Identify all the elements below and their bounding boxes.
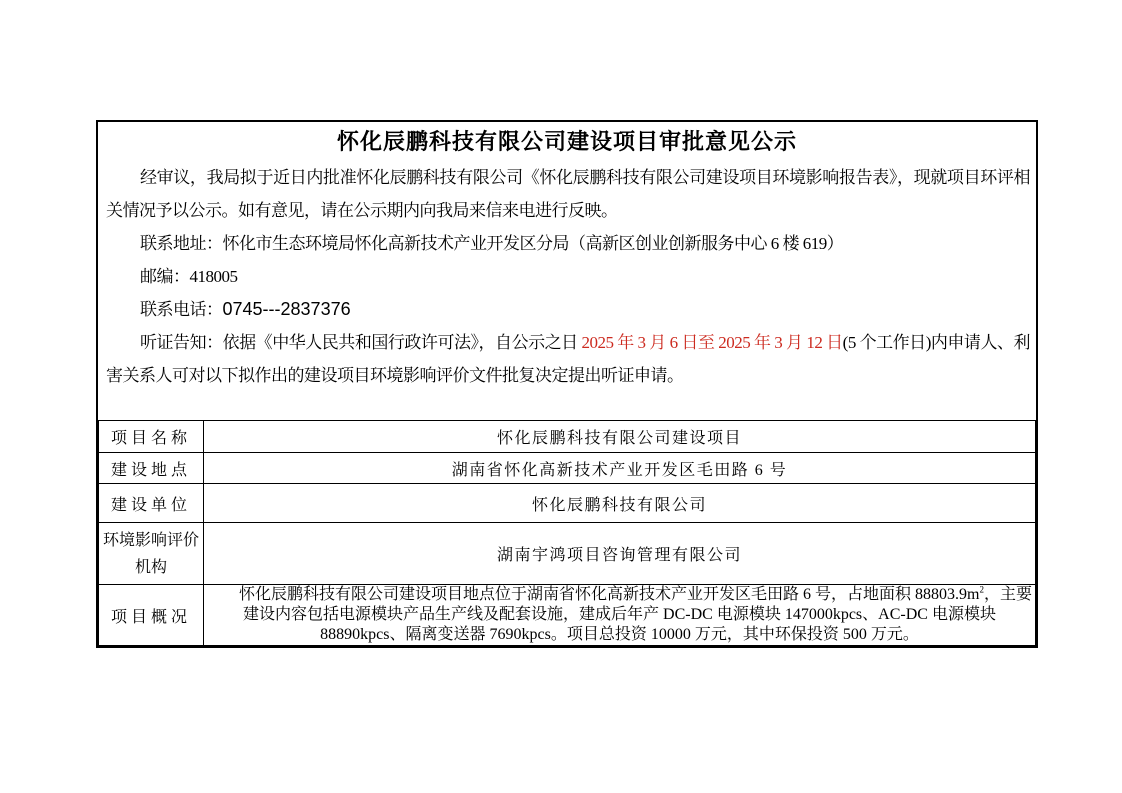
table-row-builder: 建设单位 怀化辰鹏科技有限公司 — [99, 484, 1036, 523]
phone-label: 联系电话： — [140, 300, 223, 319]
overview-text-before-sup: 怀化辰鹏科技有限公司建设项目地点位于湖南省怀化高新技术产业开发区毛田路 6 号，… — [239, 586, 979, 603]
postal-code-label: 邮编： — [140, 267, 190, 286]
hearing-notice-paragraph: 听证告知：依据《中华人民共和国行政许可法》，自公示之日 2025 年 3 月 6… — [106, 326, 1030, 392]
table-row-location: 建设地点 湖南省怀化高新技术产业开发区毛田路 6 号 — [99, 453, 1036, 484]
notice-body: 经审议，我局拟于近日内批准怀化辰鹏科技有限公司《怀化辰鹏科技有限公司建设项目环境… — [98, 161, 1036, 392]
postal-code-line: 邮编：418005 — [106, 260, 1030, 293]
row-value-project-name: 怀化辰鹏科技有限公司建设项目 — [204, 421, 1036, 453]
phone-number: 0745---2837376 — [223, 299, 351, 319]
page-title: 怀化辰鹏科技有限公司建设项目审批意见公示 — [98, 127, 1036, 157]
contact-address-line: 联系地址：怀化市生态环境局怀化高新技术产业开发区分局（高新区创业创新服务中心 6… — [106, 227, 1030, 260]
row-label-location: 建设地点 — [99, 453, 204, 484]
project-info-table: 项目名称 怀化辰鹏科技有限公司建设项目 建设地点 湖南省怀化高新技术产业开发区毛… — [98, 420, 1036, 646]
row-label-eia-agency: 环境影响评价机构 — [99, 523, 204, 585]
phone-line: 联系电话：0745---2837376 — [106, 293, 1030, 326]
row-label-project-name: 项目名称 — [99, 421, 204, 453]
row-label-builder: 建设单位 — [99, 484, 204, 523]
hearing-date-range: 2025 年 3 月 6 日至 2025 年 3 月 12 日 — [581, 333, 842, 352]
table-row-overview: 项目概况 怀化辰鹏科技有限公司建设项目地点位于湖南省怀化高新技术产业开发区毛田路… — [99, 585, 1036, 646]
row-value-eia-agency: 湖南宇鸿项目咨询管理有限公司 — [204, 523, 1036, 585]
postal-code-value: 418005 — [190, 267, 238, 286]
table-row-project-name: 项目名称 怀化辰鹏科技有限公司建设项目 — [99, 421, 1036, 453]
row-value-location: 湖南省怀化高新技术产业开发区毛田路 6 号 — [204, 453, 1036, 484]
intro-paragraph: 经审议，我局拟于近日内批准怀化辰鹏科技有限公司《怀化辰鹏科技有限公司建设项目环境… — [106, 161, 1030, 227]
table-row-eia-agency: 环境影响评价机构 湖南宇鸿项目咨询管理有限公司 — [99, 523, 1036, 585]
row-value-builder: 怀化辰鹏科技有限公司 — [204, 484, 1036, 523]
row-label-overview: 项目概况 — [99, 585, 204, 646]
notice-document: 怀化辰鹏科技有限公司建设项目审批意见公示 经审议，我局拟于近日内批准怀化辰鹏科技… — [96, 120, 1038, 648]
hearing-notice-prefix: 听证告知：依据《中华人民共和国行政许可法》，自公示之日 — [140, 333, 581, 352]
document-page: 怀化辰鹏科技有限公司建设项目审批意见公示 经审议，我局拟于近日内批准怀化辰鹏科技… — [0, 0, 1122, 793]
row-value-overview: 怀化辰鹏科技有限公司建设项目地点位于湖南省怀化高新技术产业开发区毛田路 6 号，… — [204, 585, 1036, 646]
